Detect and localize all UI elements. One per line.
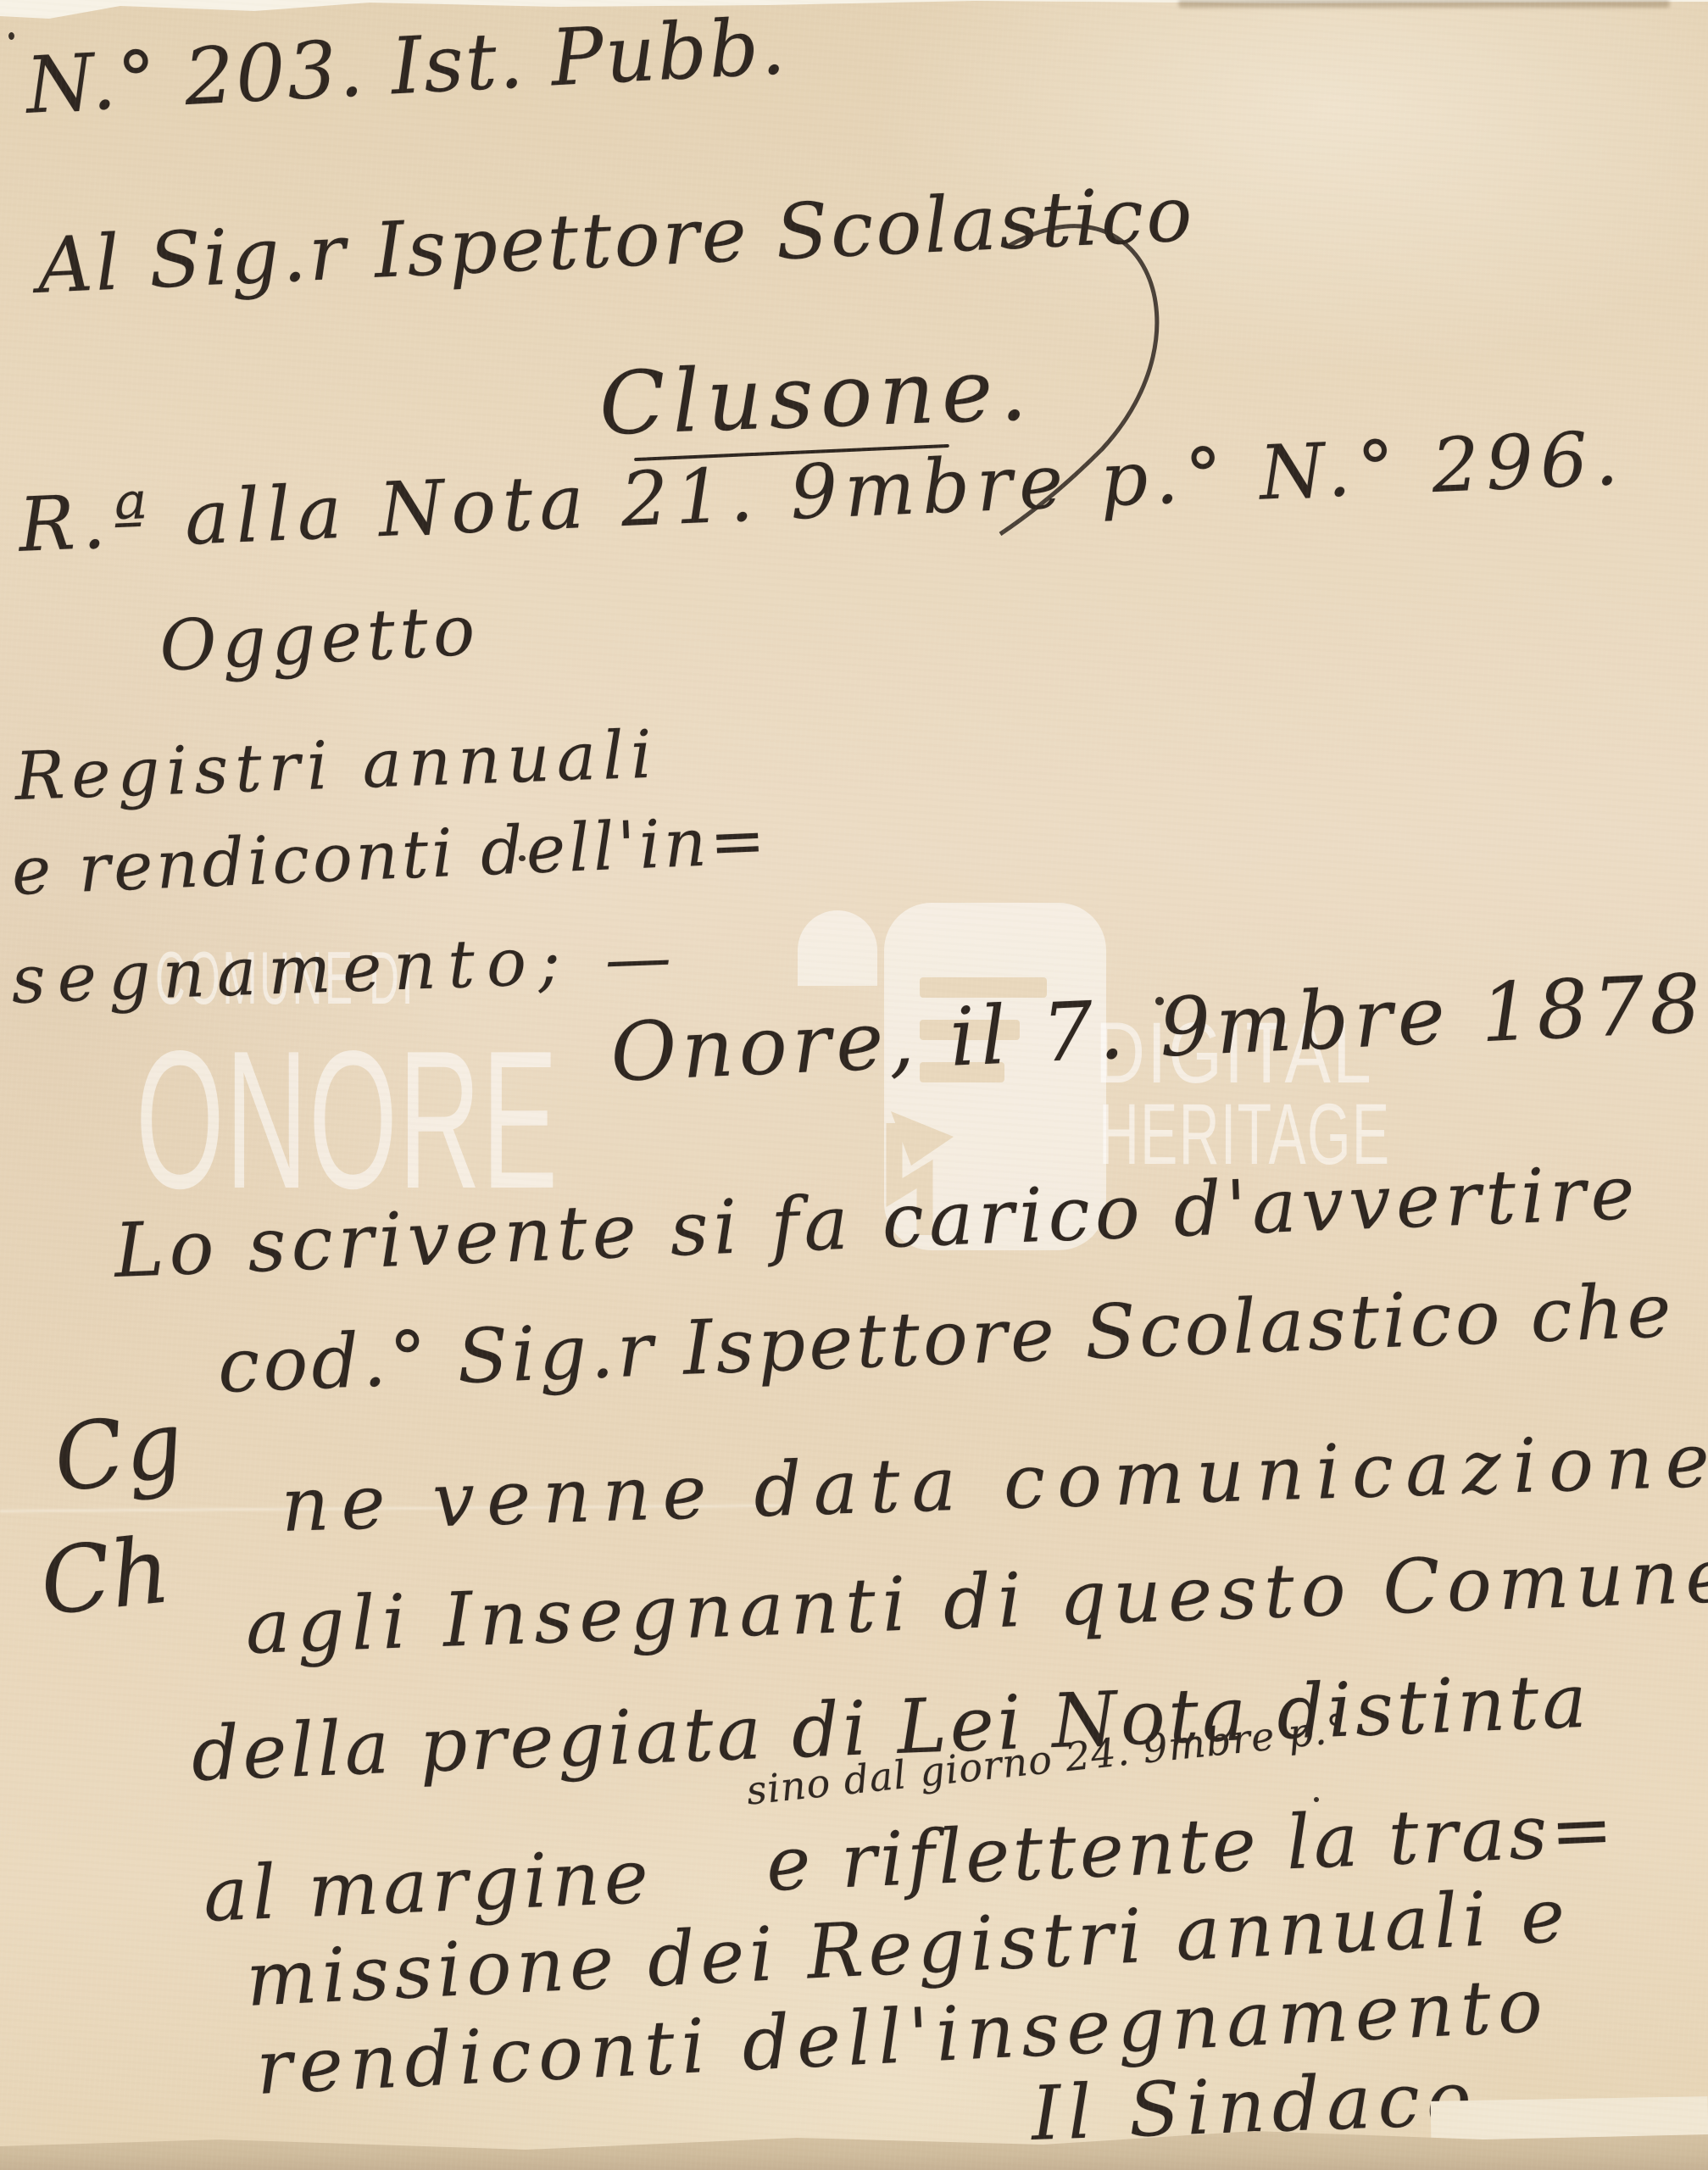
ink-speck bbox=[8, 32, 14, 40]
edge-smudge bbox=[1178, 0, 1670, 8]
recipient-place: Clusone. bbox=[598, 339, 1035, 455]
ink-speck bbox=[1314, 1797, 1319, 1802]
margin-mark-1: Cg bbox=[47, 1391, 190, 1514]
margin-mark-2: Ch bbox=[36, 1517, 175, 1636]
paper-page: COMUNE DI ONORE DIGITAL HERITAGE N.° 203… bbox=[0, 0, 1708, 2170]
body-line-2: cod.° Sig.r Ispettore Scolastico che bbox=[216, 1266, 1676, 1410]
ink-speck bbox=[519, 855, 526, 861]
scanned-letter: { "document": { "protocol_number": "N.° … bbox=[0, 0, 1708, 2170]
subject-line-3: segnamento; — bbox=[10, 919, 684, 1019]
subject-label: Oggetto bbox=[158, 590, 481, 687]
subject-line-2: e rendiconti dell'in= bbox=[10, 803, 770, 910]
ink-speck bbox=[1155, 997, 1164, 1005]
protocol-number: N.° 203. Ist. Pubb. bbox=[24, 1, 789, 131]
body-line-4: agli Insegnanti di questo Comune bbox=[244, 1532, 1708, 1671]
subject-line-1: Registri annuali bbox=[14, 716, 659, 815]
body-line-3: ne venne data comunicazione bbox=[280, 1416, 1708, 1549]
recipient-line: Al Sig.r Ispettore Scolastico bbox=[36, 170, 1196, 311]
